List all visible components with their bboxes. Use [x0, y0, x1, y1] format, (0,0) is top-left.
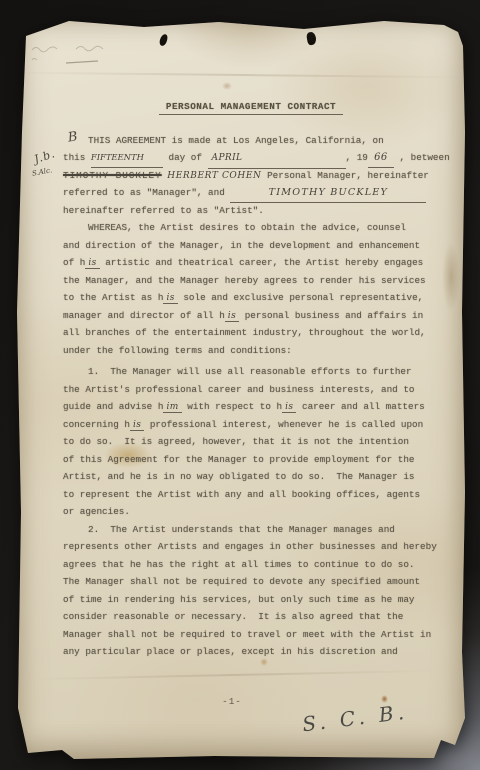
- contract-text-line: hereinafter referred to as "Artist".: [63, 202, 439, 220]
- contract-text-line: to do so. It is agreed, however, that it…: [63, 433, 439, 451]
- contract-text-line: this FIFTEENTH day of APRIL, 1966 , betw…: [63, 149, 439, 167]
- struck-name: TIMOTHY BUCKLEY: [63, 170, 162, 181]
- punch-hole: [306, 31, 317, 45]
- document-title: PERSONAL MANAGEMENT CONTRACT: [63, 98, 439, 116]
- contract-text-line: or agencies.: [63, 503, 439, 521]
- contract-page: B J.b. S.Alc. PERSONAL MANAGEMENT CONTRA…: [14, 12, 466, 759]
- handwritten-day: FIFTEENTH: [91, 149, 163, 168]
- contract-text-line: of this Agreement for the Manager to pro…: [63, 451, 439, 469]
- handwritten-year: 66: [368, 149, 394, 168]
- backdrop: B J.b. S.Alc. PERSONAL MANAGEMENT CONTRA…: [0, 0, 480, 770]
- contract-text-line: the Manager, and the Manager hereby agre…: [63, 272, 439, 290]
- contract-text-line: any particular place or places, except i…: [63, 643, 439, 661]
- contract-text-line: 1. The Manager will use all reasonable e…: [63, 363, 439, 381]
- handwritten-pronoun: is: [85, 258, 99, 269]
- paper-sheet: B J.b. S.Alc. PERSONAL MANAGEMENT CONTRA…: [14, 12, 466, 759]
- contract-text-line: under the following terms and conditions…: [63, 342, 439, 360]
- punch-hole: [159, 33, 169, 46]
- contract-text-line: the Artist's professional career and bus…: [63, 381, 439, 399]
- handwritten-pronoun: is: [163, 293, 177, 304]
- contract-text-line: all branches of the entertainment indust…: [63, 324, 439, 342]
- contract-text-line: consider reasonable or necessary. It is …: [63, 608, 439, 626]
- contract-text-line: Manager shall not be required to travel …: [63, 626, 439, 644]
- contract-text-line: The Manager shall not be required to dev…: [63, 573, 439, 591]
- handwritten-artist-name: TIMOTHY BUCKLEY: [230, 184, 426, 203]
- contract-text-line: of time in rendering his services, but o…: [63, 591, 439, 609]
- handwritten-month: APRIL: [208, 150, 346, 169]
- margin-initials: S.Alc.: [31, 166, 52, 177]
- paper-crease: [34, 670, 436, 680]
- contract-text-line: agrees that he has the right at all time…: [63, 556, 439, 574]
- margin-initials: J.b.: [33, 147, 58, 166]
- contract-text-line: of his artistic and theatrical career, t…: [63, 254, 439, 272]
- handwritten-pronoun: im: [163, 402, 181, 413]
- contract-body: PERSONAL MANAGEMENT CONTRACT THIS AGREEM…: [63, 98, 439, 661]
- stain: [442, 242, 460, 312]
- contract-text-line: and direction of the Manager, in the dev…: [63, 237, 439, 255]
- paper-crease: [14, 72, 466, 79]
- contract-text-line: Artist, and he is in no way obligated to…: [63, 468, 439, 486]
- handwritten-pronoun: is: [225, 311, 239, 322]
- contract-text-line: manager and director of all his personal…: [63, 307, 439, 325]
- stain: [222, 82, 232, 90]
- contract-text-line: THIS AGREEMENT is made at Los Angeles, C…: [63, 132, 439, 150]
- contract-text-line: 2. The Artist understands that the Manag…: [63, 521, 439, 539]
- handwritten-pronoun: is: [130, 420, 144, 431]
- contract-text-line: WHEREAS, the Artist desires to obtain th…: [63, 219, 439, 237]
- contract-text-line: concerning his professional interest, wh…: [63, 416, 439, 434]
- contract-text-line: guide and advise him with respect to his…: [63, 398, 439, 416]
- contract-text-line: to the Artist as his sole and exclusive …: [63, 289, 439, 307]
- contract-text-line: to represent the Artist with any and all…: [63, 486, 439, 504]
- handwritten-pronoun: is: [282, 402, 296, 413]
- contract-text-line: represents other Artists and engages in …: [63, 538, 439, 556]
- contract-text-line: referred to as "Manager", and TIMOTHY BU…: [63, 184, 439, 202]
- contract-text-line: TIMOTHY BUCKLEY HERBERT COHEN Personal M…: [63, 167, 439, 185]
- handwritten-manager-name: HERBERT COHEN: [167, 171, 261, 181]
- pencil-scribble: [28, 36, 138, 72]
